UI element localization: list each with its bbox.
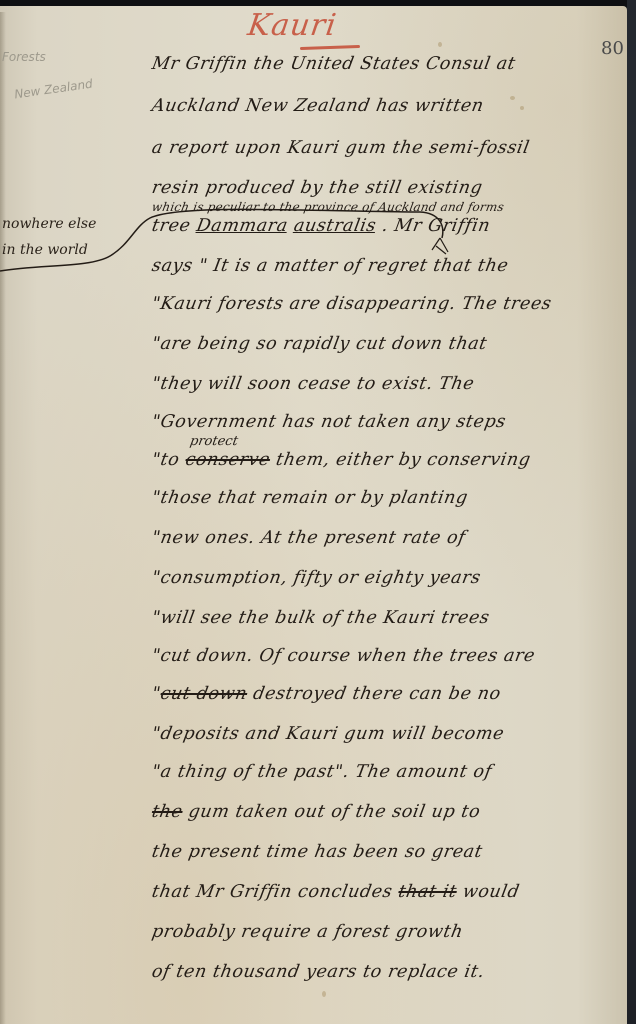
scanner-right-edge [627, 0, 636, 1024]
text-line: a report upon Kauri gum the semi-fossil [150, 138, 531, 158]
text-line: tree Dammara australis . Mr Griffin [150, 216, 492, 236]
text-fragment: "to [150, 450, 181, 470]
text-fragment: . Mr Griffin [374, 216, 492, 236]
text-line: "cut down. Of course when the trees are [150, 646, 536, 666]
text-line: "Government has not taken any steps [150, 412, 507, 432]
text-fragment: them, either by conserving [274, 450, 532, 470]
text-line: that Mr Griffin concludes that it would [150, 882, 521, 902]
text-fragment: tree [150, 216, 198, 236]
text-line: of ten thousand years to replace it. [150, 962, 486, 982]
text-line: "new ones. At the present rate of [150, 528, 467, 548]
text-line: "those that remain or by planting [150, 488, 469, 508]
text-line: "are being so rapidly cut down that [150, 334, 488, 354]
text-line: "they will soon cease to exist. The [150, 374, 476, 394]
text-line: "deposits and Kauri gum will become [150, 724, 506, 744]
text-line: Auckland New Zealand has written [150, 96, 485, 116]
text-fragment: gum taken out of the soil up to [187, 802, 482, 822]
manuscript-page: Kauri 80 Forests New Zealand nowhere els… [0, 6, 627, 1024]
text-line: "cut down destroyed there can be no [150, 684, 502, 704]
struck-word: conserve [184, 450, 272, 470]
text-line: the gum taken out of the soil up to [150, 802, 482, 822]
text-fragment: destroyed there can be no [252, 684, 503, 704]
text-line: says " It is a matter of regret that the [150, 256, 510, 276]
inserted-text-line: which is peculiar to the province of Auc… [151, 200, 505, 214]
text-line: Mr Griffin the United States Consul at [150, 54, 517, 74]
inserted-word: protect [189, 434, 239, 449]
species-genus: Dammara [195, 216, 290, 236]
text-fragment: would [461, 882, 521, 902]
struck-phrase: that it [397, 882, 459, 902]
text-line: probably require a forest growth [150, 922, 464, 942]
species-name: australis [292, 216, 378, 236]
text-line: the present time has been so great [150, 842, 484, 862]
struck-phrase: cut down [159, 684, 249, 704]
text-line: "to conserve them, either by conserving [150, 450, 532, 470]
insertion-connector-line [0, 6, 636, 1024]
struck-word: the [150, 802, 184, 822]
text-line: "Kauri forests are disappearing. The tre… [150, 294, 553, 314]
text-line: "a thing of the past". The amount of [150, 762, 493, 782]
text-line: "will see the bulk of the Kauri trees [150, 608, 491, 628]
text-line: "consumption, fifty or eighty years [150, 568, 482, 588]
text-line: resin produced by the still existing [150, 178, 484, 198]
text-fragment: that Mr Griffin concludes [150, 882, 394, 902]
